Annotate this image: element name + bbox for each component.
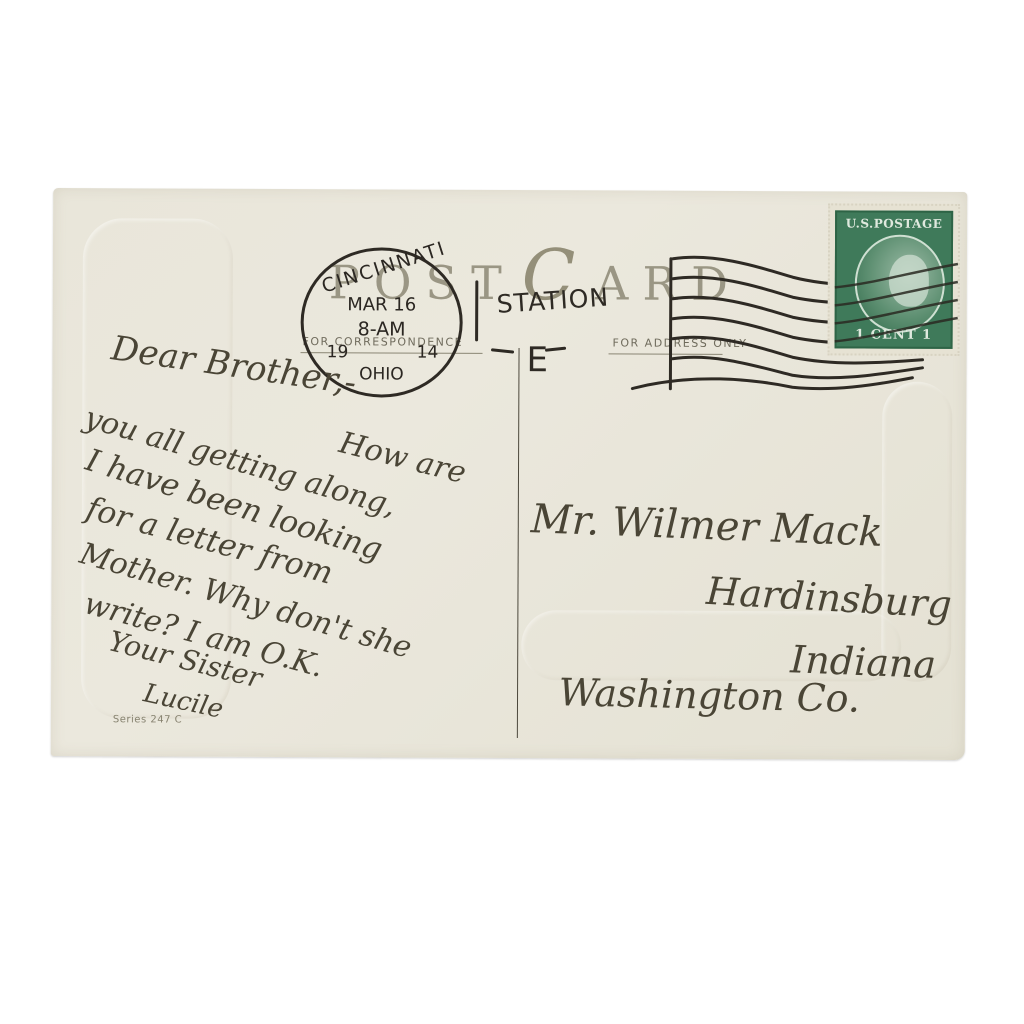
- postcard: POSTCARD FOR CORRESPONDENCE FOR ADDRESS …: [51, 188, 967, 760]
- address-line-county: Washington Co.: [558, 670, 860, 721]
- series-number: Series 247 C: [113, 714, 182, 725]
